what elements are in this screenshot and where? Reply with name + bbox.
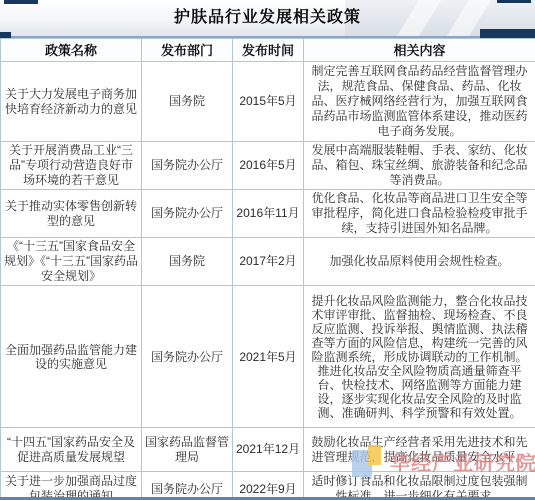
department-cell: 国务院办公厅	[142, 190, 233, 238]
content-cell: 发展中高端服装鞋帽、手表、家纺、化妆品、箱包、珠宝丝绸、旅游装备和纪念品等消费品…	[304, 142, 535, 190]
table-row: “十四五”国家药品安全及促进高质量发展规望 国家药品监督管理局 2021年12月…	[1, 428, 535, 472]
title-banner: 护肤品行业发展相关政策	[0, 0, 535, 38]
table-row: 关于开展消费品工业“三品”专项行动营造良好市场环境的若干意见 国务院办公厅 20…	[1, 142, 535, 190]
department-cell: 国务院办公厅	[142, 142, 233, 190]
policy-name-cell: 《“十三五”国家食品安全规划》《“十三五”国家药品安全规划》	[1, 238, 142, 286]
date-cell: 2016年11月	[233, 190, 304, 238]
policy-name-cell: “十四五”国家药品安全及促进高质量发展规望	[1, 428, 142, 472]
col-header-date: 发布时间	[233, 39, 304, 62]
table-row: 关于推动实体零售创新转型的意见 国务院办公厅 2016年11月 优化食品、化妆品…	[1, 190, 535, 238]
date-cell: 2021年5月	[233, 286, 304, 428]
date-cell: 2016年5月	[233, 142, 304, 190]
content-cell: 制定完善互联网食品药品经营监督管理办法，规范食品、保健食品、药品、化妆品、医疗械…	[304, 62, 535, 142]
policy-table: 政策名称 发布部门 发布时间 相关内容 关于大力发展电子商务加快培育经济新动力的…	[0, 38, 535, 500]
table-row: 关于大力发展电子商务加快培育经济新动力的意见 国务院 2015年5月 制定完善互…	[1, 62, 535, 142]
content-cell: 提升化妆品风险监测能力，整合化妆品技术审评审批、监督抽检、现场检查、不良反应监测…	[304, 286, 535, 428]
page-title: 护肤品行业发展相关政策	[0, 0, 535, 35]
department-cell: 国务院	[142, 62, 233, 142]
policy-name-cell: 关于进一步加强商品过度包装治理的通知	[1, 472, 142, 500]
table-header-row: 政策名称 发布部门 发布时间 相关内容	[1, 39, 535, 62]
content-cell: 加强化妆品原料使用会规性检查。	[304, 238, 535, 286]
content-cell: 适时修订食品和化妆品限制过度包装强制性标准，进一步细化有关要求。	[304, 472, 535, 500]
department-cell: 国家药品监督管理局	[142, 428, 233, 472]
policy-name-cell: 全面加强药品监管能力建设的实施意见	[1, 286, 142, 428]
table-row: 关于进一步加强商品过度包装治理的通知 国务院办公厅 2022年9月 适时修订食品…	[1, 472, 535, 500]
policy-name-cell: 关于大力发展电子商务加快培育经济新动力的意见	[1, 62, 142, 142]
col-header-department: 发布部门	[142, 39, 233, 62]
department-cell: 国务院办公厅	[142, 286, 233, 428]
table-row: 全面加强药品监管能力建设的实施意见 国务院办公厅 2021年5月 提升化妆品风险…	[1, 286, 535, 428]
col-header-policy-name: 政策名称	[1, 39, 142, 62]
content-cell: 鼓励化妆品生产经营者采用先进技术和先进管理规范，提高化妆品质量安全水平。	[304, 428, 535, 472]
department-cell: 国务院办公厅	[142, 472, 233, 500]
table-row: 《“十三五”国家食品安全规划》《“十三五”国家药品安全规划》 国务院 2017年…	[1, 238, 535, 286]
date-cell: 2017年2月	[233, 238, 304, 286]
policy-name-cell: 关于推动实体零售创新转型的意见	[1, 190, 142, 238]
department-cell: 国务院	[142, 238, 233, 286]
policy-table-infographic: 护肤品行业发展相关政策 政策名称 发布部门 发布时间 相关内容 关于大力发展电子…	[0, 0, 535, 500]
content-cell: 优化食品、化妆品等商品进口卫生安全等审批程序，简化进口食品检验检疫审批手续，支持…	[304, 190, 535, 238]
policy-name-cell: 关于开展消费品工业“三品”专项行动营造良好市场环境的若干意见	[1, 142, 142, 190]
date-cell: 2021年12月	[233, 428, 304, 472]
col-header-content: 相关内容	[304, 39, 535, 62]
date-cell: 2022年9月	[233, 472, 304, 500]
date-cell: 2015年5月	[233, 62, 304, 142]
